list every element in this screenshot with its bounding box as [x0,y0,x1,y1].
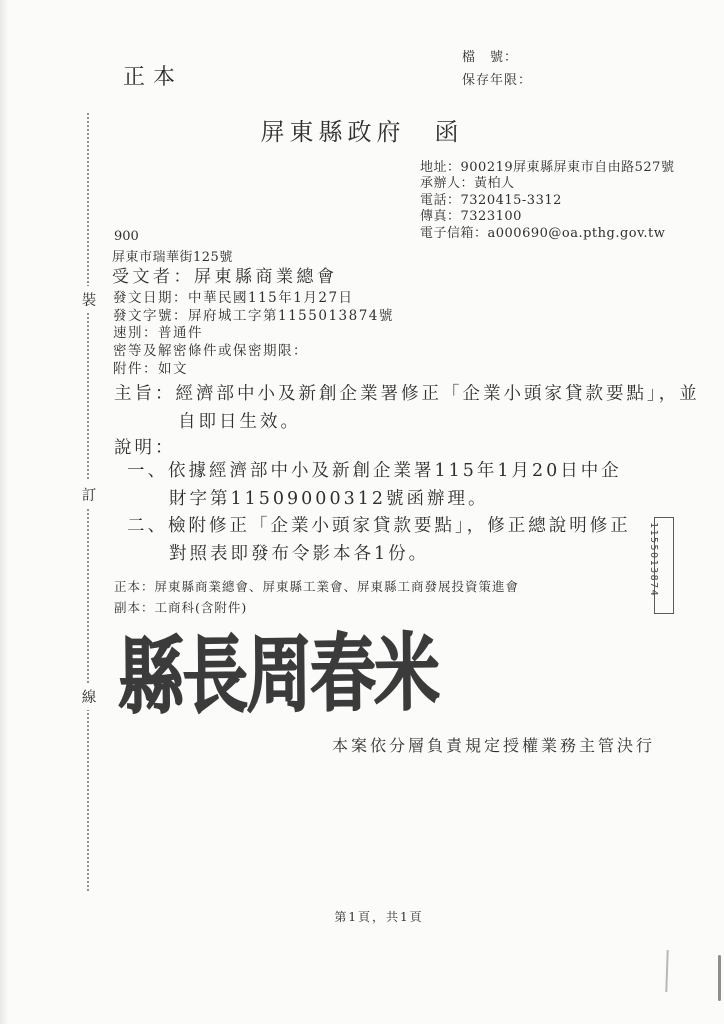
recipient-postal-code: 900 [114,229,139,244]
scanned-official-letter: 裝 訂 線 正本 檔 號： 保存年限： 屏東縣政府 函 地址：900219屏東縣… [0,0,724,1024]
delegation-note: 本案依分層負責規定授權業務主管決行 [0,733,655,756]
binding-char-ding: 訂 [80,481,98,508]
distribution-copy-line: 副本：工商科(含附件) [114,598,519,619]
issue-date-line: 發文日期：中華民國115年1月27日 [113,290,394,308]
explanation-item-2: 二、檢附修正「企業小頭家貸款要點」，修正總說明修正對照表即發布令影本各1份。 [127,513,632,568]
agency-email-line: 電子信箱：a000690@oa.pthg.gov.tw [420,226,674,242]
scan-artifact-mark [665,950,668,992]
doc-number-vertical-stamp: 1155013874 [654,517,674,614]
doc-number-line: 發文字號：屏府城工字第1155013874號 [113,308,394,326]
agency-contact-block: 地址：900219屏東縣屏東市自由路527號 承辦人：黃柏人 電話：732041… [420,160,674,242]
attachment-line: 附件：如文 [113,361,394,379]
file-number-label: 檔 號： [462,46,532,69]
file-number-block: 檔 號： 保存年限： [462,46,532,92]
recipient-line: 受文者：屏東縣商業總會 [112,262,338,287]
document-meta-block: 發文日期：中華民國115年1月27日 發文字號：屏府城工字第1155013874… [113,290,394,379]
explanation-item-1: 一、依據經濟部中小及新創企業署115年1月20日中企財字第11509000312… [127,458,632,513]
distribution-block: 正本：屏東縣商業總會、屏東縣工業會、屏東縣工商發展投資策進會 副本：工商科(含附… [114,577,519,618]
doc-number-stamp-text: 1155013874 [648,522,659,597]
binding-char-zhuang: 裝 [80,286,98,313]
document-title: 屏東縣政府 函 [0,112,724,147]
signature-calligraphy: 縣長周春米 [118,618,439,732]
agency-phone-line: 電話：7320415-3312 [420,193,674,209]
recipient-name: 屏東縣商業總會 [194,267,338,287]
subject-label: 主旨： [114,384,176,404]
binding-char-xian: 線 [80,683,98,710]
explanation-label: 說明： [114,434,176,459]
subject-paragraph: 主旨：經濟部中小及新創企業署修正「企業小頭家貸款要點」，並自即日生效。 [114,381,706,436]
security-class-line: 密等及解密條件或保密期限： [113,343,394,361]
subject-text: 經濟部中小及新創企業署修正「企業小頭家貸款要點」，並自即日生效。 [176,384,700,432]
agency-address-line: 地址：900219屏東縣屏東市自由路527號 [420,160,674,176]
explanation-items: 一、依據經濟部中小及新創企業署115年1月20日中企財字第11509000312… [127,458,632,568]
agency-fax-line: 傳真：7323100 [420,209,674,225]
scan-edge-mark [718,955,721,1001]
copy-type-stamp: 正本 [123,60,183,91]
page-number-footer: 第1頁，共1頁 [0,908,724,925]
scan-edge-shadow [0,0,9,1024]
speed-class-line: 速別：普通件 [113,325,394,343]
retention-period-label: 保存年限： [462,69,532,92]
recipient-label: 受文者： [112,267,194,287]
agency-contact-person-line: 承辦人：黃柏人 [420,176,674,192]
distribution-original-line: 正本：屏東縣商業總會、屏東縣工業會、屏東縣工商發展投資策進會 [114,577,519,598]
